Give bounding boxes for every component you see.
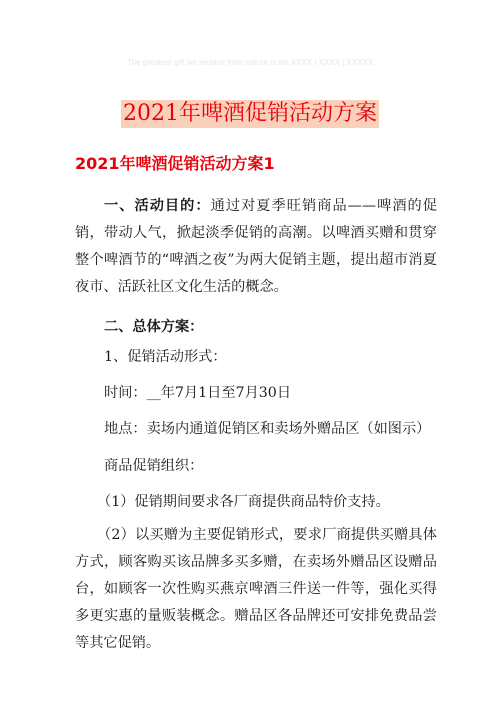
item1-line: （1）促销期间要求各厂商提供商品特价支持。 <box>97 491 390 513</box>
document-subtitle: 2021年啤酒促销活动方案1 <box>75 153 275 175</box>
item2-paragraph: （2）以买赠为主要促销形式，要求厂商提供买赠具体方式，顾客购买该品牌多买多赠，在… <box>75 522 437 657</box>
section2-sub1: 1、促销活动形式： <box>104 346 227 368</box>
time-line: 时间：__年7月1日至7月30日 <box>104 382 291 404</box>
section1-heading: 一、活动目的： <box>104 198 211 214</box>
header-watermark: The greatest gift we receive from nature… <box>0 58 500 67</box>
section2-heading: 二、总体方案： <box>104 316 203 338</box>
section1-paragraph: 一、活动目的：通过对夏季旺销商品——啤酒的促销，带动人气，掀起淡季促销的高潮。以… <box>75 193 437 301</box>
location-line: 地点：卖场内通道促销区和卖场外赠品区（如图示） <box>104 418 430 440</box>
document-title: 2021年啤酒促销活动方案 <box>121 100 379 128</box>
title-container: 2021年啤酒促销活动方案 <box>0 100 500 128</box>
organization-line: 商品促销组织： <box>104 455 203 477</box>
